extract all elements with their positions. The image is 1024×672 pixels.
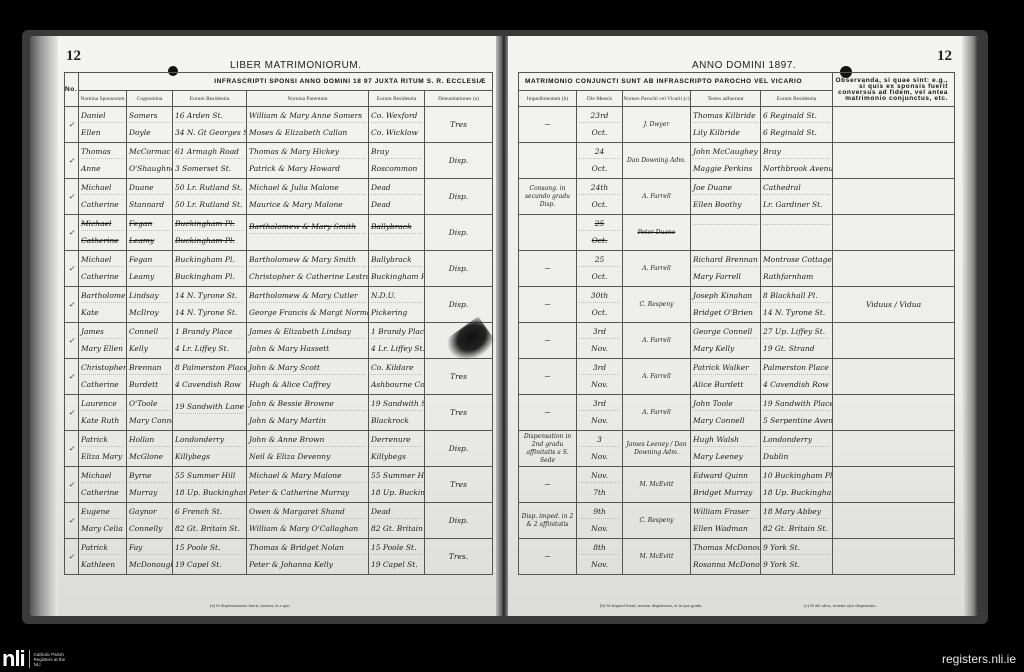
names-line: Patrick xyxy=(81,542,124,555)
parents-residence-cell: Co. WexfordCo. Wicklow xyxy=(369,107,425,143)
observations-header: Observanda, si quae sint: e.g., si quis … xyxy=(833,73,955,107)
witness-residence-line: 82 Gt. Britain St. xyxy=(763,523,830,535)
residence-line: 61 Armagh Road xyxy=(175,146,244,159)
names-line: James xyxy=(81,326,124,339)
residence-line: Buckingham Pl. xyxy=(175,218,244,231)
surnames-line: McDonough xyxy=(129,559,170,571)
parents-residence-cell: 15 Poole St.19 Capel St. xyxy=(369,539,425,575)
surnames-line: Leamy xyxy=(129,271,170,283)
surnames-line: Doyle xyxy=(129,127,170,139)
observations-cell xyxy=(833,251,955,287)
names-line: Kate xyxy=(81,307,124,319)
marriage-entry-row[interactable]: —3rdNov.A. FarrellPatrick WalkerAlice Bu… xyxy=(519,359,955,395)
banns-cell: Disp. xyxy=(425,287,493,323)
priest-name: M. McEvitt xyxy=(640,481,674,488)
observations-cell xyxy=(833,503,955,539)
witnesses-cell: Hugh WalshMary Leeney xyxy=(691,431,761,467)
checkmark-icon: ✓ xyxy=(65,179,79,215)
surnames-line: Duane xyxy=(129,182,170,195)
marriage-entry-row[interactable]: Consang. in secundo gradu Disp.24thOct.A… xyxy=(519,179,955,215)
marriage-entry-row[interactable]: ✓PatrickKathleenFayMcDonough15 Poole St.… xyxy=(65,539,493,575)
marriage-entry-row[interactable]: 25Oct.Peter Duane xyxy=(519,215,955,251)
marriage-entry-row[interactable]: 24Oct.Dan Downing Adm.John McCaugheyMagg… xyxy=(519,143,955,179)
date-line: 8th xyxy=(579,542,620,555)
priest-name: Dan Downing Adm. xyxy=(627,157,686,164)
residence-cell: 15 Poole St.19 Capel St. xyxy=(173,539,247,575)
surnames-cell: DuaneStannard xyxy=(127,179,173,215)
witness-residence-cell: Palmerston Place4 Cavendish Row xyxy=(761,359,833,395)
parents-residence-line: Ballybrack xyxy=(371,221,422,234)
names-line: Catherine xyxy=(81,379,124,391)
witnesses-line: Edward Quinn xyxy=(693,470,758,483)
witnesses-cell: John McCaugheyMaggie Perkins xyxy=(691,143,761,179)
parents-line: John & Anne Brown xyxy=(249,434,366,447)
parents-line: Peter & Catherine Murray xyxy=(249,487,366,499)
date-line: 25 xyxy=(579,218,620,231)
names-line: Kathleen xyxy=(81,559,124,571)
impediment-cell: Consang. in secundo gradu Disp. xyxy=(519,179,577,215)
marriage-entry-row[interactable]: ✓MichaelCatherineDuaneStannard50 Lr. Rut… xyxy=(65,179,493,215)
site-link[interactable]: registers.nli.ie xyxy=(942,652,1016,666)
priest-cell: C. Respeny xyxy=(623,287,691,323)
witnesses-line: Ellen Wadman xyxy=(693,523,758,535)
witnesses-cell: Thomas KilbrideLily Kilbride xyxy=(691,107,761,143)
right-column-header: Eorum Residentia xyxy=(761,91,833,107)
surnames-line: Fay xyxy=(129,542,170,555)
date-line: 30th xyxy=(579,290,620,303)
priest-cell: J. Dwyer xyxy=(623,107,691,143)
witnesses-cell: Joe DuaneEllen Boothy xyxy=(691,179,761,215)
marriage-entry-row[interactable]: ✓ThomasAnneMcCormacO'Shaughnessy61 Armag… xyxy=(65,143,493,179)
surnames-line: Connelly xyxy=(129,523,170,535)
left-column-header: Nomina Parentum xyxy=(247,91,369,107)
residence-line: 4 Cavendish Row xyxy=(175,379,244,391)
marriage-entry-row[interactable]: Disp. imped. in 2 & 2 affinitatis9thNov.… xyxy=(519,503,955,539)
parents-residence-line: Ballybrack xyxy=(371,254,422,267)
parents-line: Thomas & Bridget Nolan xyxy=(249,542,366,555)
names-line: Michael xyxy=(81,254,124,267)
witness-residence-cell: 27 Up. Liffey St.19 Gt. Strand xyxy=(761,323,833,359)
date-line: 7th xyxy=(579,487,620,499)
date-line: Oct. xyxy=(579,163,620,175)
parents-residence-line: Derrenure xyxy=(371,434,422,447)
date-line: Oct. xyxy=(579,271,620,283)
names-cell: ThomasAnne xyxy=(79,143,127,179)
right-column-header: Nomen Parochi vel Vicarii (c) xyxy=(623,91,691,107)
witnesses-cell xyxy=(691,215,761,251)
witnesses-line: Hugh Walsh xyxy=(693,434,758,447)
witness-residence-line: Northbrook Avenue xyxy=(763,163,830,175)
witnesses-line: Thomas McDonough xyxy=(693,542,758,555)
impediment-cell xyxy=(519,215,577,251)
parents-residence-line: Bray xyxy=(371,146,422,159)
parents-cell: Owen & Margaret ShandWilliam & Mary O'Ca… xyxy=(247,503,369,539)
checkmark-icon: ✓ xyxy=(65,467,79,503)
surnames-line: Mary Connell xyxy=(129,415,170,427)
witness-residence-cell: 8 Blackhall Pl.14 N. Tyrone St. xyxy=(761,287,833,323)
surnames-line: Gaynor xyxy=(129,506,170,519)
surnames-cell: FeganLeamy xyxy=(127,215,173,251)
marriage-entry-row[interactable]: ✓PatrickEliza MaryHollanMcGloneLondonder… xyxy=(65,431,493,467)
witnesses-cell: Thomas McDonoughRosanna McDonough xyxy=(691,539,761,575)
parents-line: John & Mary Hassett xyxy=(249,343,366,355)
priest-cell: Peter Duane xyxy=(623,215,691,251)
witnesses-cell: William FraserEllen Wadman xyxy=(691,503,761,539)
observations-cell xyxy=(833,539,955,575)
left-banner: INFRASCRIPTI SPONSI ANNO DOMINI 18 97 JU… xyxy=(79,73,493,91)
parents-residence-line: Dead xyxy=(371,199,422,211)
residence-line: Buckingham Pl. xyxy=(175,235,244,247)
surnames-cell: ByrneMurray xyxy=(127,467,173,503)
names-line: Thomas xyxy=(81,146,124,159)
witnesses-line: Lily Kilbride xyxy=(693,127,758,139)
residence-cell: 50 Lr. Rutland St.50 Lr. Rutland St. xyxy=(173,179,247,215)
witness-residence-line: Lr. Gardiner St. xyxy=(763,199,830,211)
witnesses-cell: Richard BrennanMary Farrell xyxy=(691,251,761,287)
marriage-entry-row[interactable]: ✓MichaelCatherineFeganLeamyBuckingham Pl… xyxy=(65,215,493,251)
date-cell: 3rdNov. xyxy=(577,323,623,359)
parents-cell: James & Elizabeth LindsayJohn & Mary Has… xyxy=(247,323,369,359)
date-line: Oct. xyxy=(579,127,620,139)
marriage-entry-row[interactable]: —23rdOct.J. DwyerThomas KilbrideLily Kil… xyxy=(519,107,955,143)
witness-residence-line: 5 Serpentine Avenue xyxy=(763,415,830,427)
date-line: Oct. xyxy=(579,199,620,211)
marriage-entry-row[interactable]: ✓MichaelCatherineByrneMurray55 Summer Hi… xyxy=(65,467,493,503)
priest-cell: A. Farrell xyxy=(623,395,691,431)
names-cell: MichaelCatherine xyxy=(79,215,127,251)
witness-residence-line: 9 York St. xyxy=(763,542,830,555)
surnames-line: Stannard xyxy=(129,199,170,211)
marriage-entry-row[interactable]: —25Oct.A. FarrellRichard BrennanMary Far… xyxy=(519,251,955,287)
witnesses-line: Ellen Boothy xyxy=(693,199,758,211)
parents-residence-line: Killybegs xyxy=(371,451,422,463)
names-line: Mary Ellen xyxy=(81,343,124,355)
observations-cell xyxy=(833,179,955,215)
witness-residence-line: 19 Sandwith Place xyxy=(763,398,830,411)
priest-cell: C. Respeny xyxy=(623,503,691,539)
names-line: Catherine xyxy=(81,235,124,247)
names-line: Michael xyxy=(81,218,124,231)
parents-residence-line: Co. Kildare xyxy=(371,362,422,375)
priest-name: Peter Duane xyxy=(638,229,676,236)
priest-cell: A. Farrell xyxy=(623,323,691,359)
witnesses-cell: George ConnellMary Kelly xyxy=(691,323,761,359)
date-line: Oct. xyxy=(579,235,620,247)
date-line: 3rd xyxy=(579,326,620,339)
parents-line: Bartholomew & Mary Cutler xyxy=(249,290,366,303)
nli-logo[interactable]: nli Catholic Parish Registers at the NLI xyxy=(2,648,68,670)
parents-residence-line: 55 Summer Hill xyxy=(371,470,422,483)
marriage-entry-row[interactable]: —Nov.7thM. McEvittEdward QuinnBridget Mu… xyxy=(519,467,955,503)
parents-line: William & Mary O'Callaghan xyxy=(249,523,366,535)
priest-name: A. Farrell xyxy=(642,337,671,344)
banns-cell: Disp. xyxy=(425,251,493,287)
names-line: Anne xyxy=(81,163,124,175)
logo-divider xyxy=(29,650,30,668)
names-cell: MichaelCatherine xyxy=(79,179,127,215)
left-page: 12 LIBER MATRIMONIORUM. No. INFRASCRIPTI… xyxy=(30,36,498,616)
residence-cell: 1 Brandy Place4 Lr. Liffey St. xyxy=(173,323,247,359)
parents-residence-line: Blackrock xyxy=(371,415,422,427)
priest-name: C. Respeny xyxy=(640,517,674,524)
surnames-line: Somers xyxy=(129,110,170,123)
right-column-header: Testes adfuerunt xyxy=(691,91,761,107)
witness-residence-line: 6 Reginald St. xyxy=(763,127,830,139)
witness-residence-cell: LondonderryDublin xyxy=(761,431,833,467)
residence-line: 14 N. Tyrone St. xyxy=(175,290,244,303)
residence-cell: LondonderryKillybegs xyxy=(173,431,247,467)
surnames-line: Burdett xyxy=(129,379,170,391)
names-cell: MichaelCatherine xyxy=(79,251,127,287)
marriage-entry-row[interactable]: ✓JamesMary EllenConnellKelly1 Brandy Pla… xyxy=(65,323,493,359)
witnesses-line: John McCaughey xyxy=(693,146,758,159)
names-line: Christopher xyxy=(81,362,124,375)
register-book-scan: 12 LIBER MATRIMONIORUM. No. INFRASCRIPTI… xyxy=(22,30,988,624)
date-line: 3rd xyxy=(579,362,620,375)
date-cell: 24thOct. xyxy=(577,179,623,215)
witness-residence-cell: 9 York St.9 York St. xyxy=(761,539,833,575)
witness-residence-line: 8 Blackhall Pl. xyxy=(763,290,830,303)
residence-cell: Buckingham Pl.Buckingham Pl. xyxy=(173,215,247,251)
surnames-line: McCormac xyxy=(129,146,170,159)
witnesses-line: George Connell xyxy=(693,326,758,339)
residence-line: 6 French St. xyxy=(175,506,244,519)
marriage-entry-row[interactable]: —3rdNov.A. FarrellGeorge ConnellMary Kel… xyxy=(519,323,955,359)
banns-cell: Tres xyxy=(425,107,493,143)
names-line: Catherine xyxy=(81,271,124,283)
marriage-entry-row[interactable]: ✓EugeneMary CeliaGaynorConnelly6 French … xyxy=(65,503,493,539)
witnesses-line: Bridget O'Brien xyxy=(693,307,758,319)
priest-name: J. Dwyer xyxy=(644,121,670,128)
witnesses-cell: Joseph KinahanBridget O'Brien xyxy=(691,287,761,323)
parents-line: Neil & Eliza Devenny xyxy=(249,451,366,463)
register-image-viewer[interactable]: 12 LIBER MATRIMONIORUM. No. INFRASCRIPTI… xyxy=(0,0,1024,672)
parents-cell: William & Mary Anne SomersMoses & Elizab… xyxy=(247,107,369,143)
surnames-cell: FayMcDonough xyxy=(127,539,173,575)
parents-residence-line: 1 Brandy Place xyxy=(371,326,422,339)
parents-line: Michael & Julia Malone xyxy=(249,182,366,195)
date-line: 3 xyxy=(579,434,620,447)
surnames-line: Fegan xyxy=(129,254,170,267)
surnames-line: O'Toole xyxy=(129,398,170,411)
residence-line: Buckingham Pl. xyxy=(175,254,244,267)
surnames-line: Byrne xyxy=(129,470,170,483)
residence-line: 55 Summer Hill xyxy=(175,470,244,483)
marriage-entry-row[interactable]: —3rdNov.A. FarrellJohn TooleMary Connell… xyxy=(519,395,955,431)
surnames-line: Leamy xyxy=(129,235,170,247)
parents-cell: Thomas & Mary HickeyPatrick & Mary Howar… xyxy=(247,143,369,179)
left-column-header: Nomina Sponsorum xyxy=(79,91,127,107)
parents-cell: Thomas & Bridget NolanPeter & Johanna Ke… xyxy=(247,539,369,575)
observations-cell xyxy=(833,359,955,395)
parents-line: Maurice & Mary Malone xyxy=(249,199,366,211)
witness-residence-line: 6 Reginald St. xyxy=(763,110,830,123)
marriage-entry-row[interactable]: ✓DanielEllenSomersDoyle16 Arden St.34 N.… xyxy=(65,107,493,143)
parents-cell: Michael & Mary MalonePeter & Catherine M… xyxy=(247,467,369,503)
witness-residence-cell: BrayNorthbrook Avenue xyxy=(761,143,833,179)
marriage-entry-row[interactable]: Dispensation in 2nd gradu affinitatis a … xyxy=(519,431,955,467)
witness-residence-line: Rathfarnham xyxy=(763,271,830,283)
checkmark-icon: ✓ xyxy=(65,251,79,287)
witness-residence-line xyxy=(763,224,830,225)
witness-residence-cell xyxy=(761,215,833,251)
right-footnote-c: (c) Si alii alius, testetur ejus dispens… xyxy=(804,603,877,608)
names-line: Michael xyxy=(81,182,124,195)
marriage-entry-row[interactable]: —30thOct.C. RespenyJoseph KinahanBridget… xyxy=(519,287,955,323)
impediment-cell xyxy=(519,143,577,179)
parents-residence-line: Dead xyxy=(371,506,422,519)
parents-residence-cell: Ballybrack xyxy=(369,215,425,251)
names-line: Bartholomew xyxy=(81,290,124,303)
impediment-cell: — xyxy=(519,359,577,395)
witness-residence-line: 4 Cavendish Row xyxy=(763,379,830,391)
date-cell: 30thOct. xyxy=(577,287,623,323)
names-cell: PatrickEliza Mary xyxy=(79,431,127,467)
date-line: Nov. xyxy=(579,559,620,571)
impediment-cell: Disp. imped. in 2 & 2 affinitatis xyxy=(519,503,577,539)
date-cell: 25Oct. xyxy=(577,251,623,287)
left-column-header: Denuntiationes (a) xyxy=(425,91,493,107)
priest-name: A. Farrell xyxy=(642,373,671,380)
names-line: Daniel xyxy=(81,110,124,123)
checkmark-icon: ✓ xyxy=(65,503,79,539)
parents-cell: Bartholomew & Mary SmithChristopher & Ca… xyxy=(247,251,369,287)
date-cell: 24Oct. xyxy=(577,143,623,179)
residence-line: 50 Lr. Rutland St. xyxy=(175,182,244,195)
surnames-cell: FeganLeamy xyxy=(127,251,173,287)
parents-residence-line: Co. Wicklow xyxy=(371,127,422,139)
banns-cell: Disp. xyxy=(425,143,493,179)
witnesses-line: Mary Kelly xyxy=(693,343,758,355)
parents-line: Patrick & Mary Howard xyxy=(249,163,366,175)
witness-residence-line: Dublin xyxy=(763,451,830,463)
surnames-line: Lindsay xyxy=(129,290,170,303)
parents-residence-line: Pickering xyxy=(371,307,422,319)
observations-cell xyxy=(833,323,955,359)
parents-line: Thomas & Mary Hickey xyxy=(249,146,366,159)
date-cell: Nov.7th xyxy=(577,467,623,503)
date-line: Nov. xyxy=(579,415,620,427)
date-cell: 23rdOct. xyxy=(577,107,623,143)
observations-cell xyxy=(833,215,955,251)
residence-cell: 55 Summer Hill18 Up. Buckingham St. xyxy=(173,467,247,503)
witnesses-line: Patrick Walker xyxy=(693,362,758,375)
parents-residence-line: Buckingham Pl. xyxy=(371,271,422,283)
witness-residence-line: 18 Up. Buckingham St. xyxy=(763,487,830,499)
left-column-header: Eorum Residentia xyxy=(369,91,425,107)
parents-line: Owen & Margaret Shand xyxy=(249,506,366,519)
observations-cell xyxy=(833,107,955,143)
surnames-cell: McCormacO'Shaughnessy xyxy=(127,143,173,179)
banns-cell: Disp. xyxy=(425,179,493,215)
parents-residence-line: 4 Lr. Liffey St. xyxy=(371,343,422,355)
parents-residence-line: 82 Gt. Britain St. xyxy=(371,523,422,535)
surnames-cell: LindsayMcIlroy xyxy=(127,287,173,323)
surnames-line: O'Shaughnessy xyxy=(129,163,170,175)
priest-cell: M. McEvitt xyxy=(623,539,691,575)
priest-cell: James Leeney / Dan Downing Adm. xyxy=(623,431,691,467)
witnesses-line: Mary Leeney xyxy=(693,451,758,463)
banns-cell: Tres xyxy=(425,395,493,431)
surnames-line: Fegan xyxy=(129,218,170,231)
marriage-entry-row[interactable]: ✓MichaelCatherineFeganLeamyBuckingham Pl… xyxy=(65,251,493,287)
names-line: Eliza Mary xyxy=(81,451,124,463)
checkmark-icon: ✓ xyxy=(65,143,79,179)
parents-residence-line: Roscommon xyxy=(371,163,422,175)
date-line: Nov. xyxy=(579,343,620,355)
surnames-line: Connell xyxy=(129,326,170,339)
residence-line: Killybegs xyxy=(175,451,244,463)
witnesses-line: William Fraser xyxy=(693,506,758,519)
number-column-label: No. xyxy=(65,73,79,107)
witnesses-line: John Toole xyxy=(693,398,758,411)
parents-residence-line: 18 Up. Buckingham St. xyxy=(371,487,422,499)
left-column-header: Eorum Residentia xyxy=(173,91,247,107)
parents-cell: John & Anne BrownNeil & Eliza Devenny xyxy=(247,431,369,467)
observations-cell: Viduus / Vidua xyxy=(833,287,955,323)
residence-cell: 6 French St.82 Gt. Britain St. xyxy=(173,503,247,539)
surnames-line: Murray xyxy=(129,487,170,499)
residence-line: 18 Up. Buckingham St. xyxy=(175,487,244,499)
priest-name: A. Farrell xyxy=(642,193,671,200)
checkmark-icon: ✓ xyxy=(65,107,79,143)
residence-cell: 8 Palmerston Place4 Cavendish Row xyxy=(173,359,247,395)
witnesses-line: Mary Connell xyxy=(693,415,758,427)
residence-line: 19 Capel St. xyxy=(175,559,244,571)
marriage-entry-row[interactable]: ✓ChristopherCatherineBrennanBurdett8 Pal… xyxy=(65,359,493,395)
priest-name: C. Respeny xyxy=(640,301,674,308)
marriage-entry-row[interactable]: —8thNov.M. McEvittThomas McDonoughRosann… xyxy=(519,539,955,575)
priest-cell: Dan Downing Adm. xyxy=(623,143,691,179)
parents-residence-line: 19 Sandwith Street xyxy=(371,398,422,411)
names-cell: PatrickKathleen xyxy=(79,539,127,575)
residence-cell: 14 N. Tyrone St.14 N. Tyrone St. xyxy=(173,287,247,323)
parents-residence-cell: DerrenureKillybegs xyxy=(369,431,425,467)
parents-line: Peter & Johanna Kelly xyxy=(249,559,366,571)
date-cell: 3Nov. xyxy=(577,431,623,467)
right-page: 12 ANNO DOMINI 1897. MATRIMONIO CONJUNCT… xyxy=(508,36,978,616)
parents-cell: Michael & Julia MaloneMaurice & Mary Mal… xyxy=(247,179,369,215)
parents-line: Bartholomew & Mary Smith xyxy=(249,221,366,234)
witness-residence-line: 27 Up. Liffey St. xyxy=(763,326,830,339)
date-line: Nov. xyxy=(579,470,620,483)
date-cell: 9thNov. xyxy=(577,503,623,539)
witnesses-line xyxy=(693,224,758,225)
names-line: Patrick xyxy=(81,434,124,447)
surnames-cell: HollanMcGlone xyxy=(127,431,173,467)
parents-cell: John & Bessie BrowneJohn & Mary Martin xyxy=(247,395,369,431)
witness-residence-cell: 6 Reginald St.6 Reginald St. xyxy=(761,107,833,143)
impediment-cell: — xyxy=(519,107,577,143)
parents-residence-cell: Dead82 Gt. Britain St. xyxy=(369,503,425,539)
witness-residence-cell: 10 Buckingham Place18 Up. Buckingham St. xyxy=(761,467,833,503)
date-cell: 8thNov. xyxy=(577,539,623,575)
marriage-entry-row[interactable]: ✓LaurenceKate RuthO'TooleMary Connell19 … xyxy=(65,395,493,431)
date-line: Nov. xyxy=(579,523,620,535)
date-cell: 3rdNov. xyxy=(577,359,623,395)
witnesses-line: Maggie Perkins xyxy=(693,163,758,175)
left-column-header: Cognomina xyxy=(127,91,173,107)
residence-line: 50 Lr. Rutland St. xyxy=(175,199,244,211)
witnesses-line: Joseph Kinahan xyxy=(693,290,758,303)
residence-cell: Buckingham Pl.Buckingham Pl. xyxy=(173,251,247,287)
witness-residence-line: Palmerston Place xyxy=(763,362,830,375)
parents-residence-cell: N.D.U.Pickering xyxy=(369,287,425,323)
surnames-line: Brennan xyxy=(129,362,170,375)
witness-residence-line: 9 York St. xyxy=(763,559,830,571)
names-line: Eugene xyxy=(81,506,124,519)
marriage-entry-row[interactable]: ✓BartholomewKateLindsayMcIlroy14 N. Tyro… xyxy=(65,287,493,323)
